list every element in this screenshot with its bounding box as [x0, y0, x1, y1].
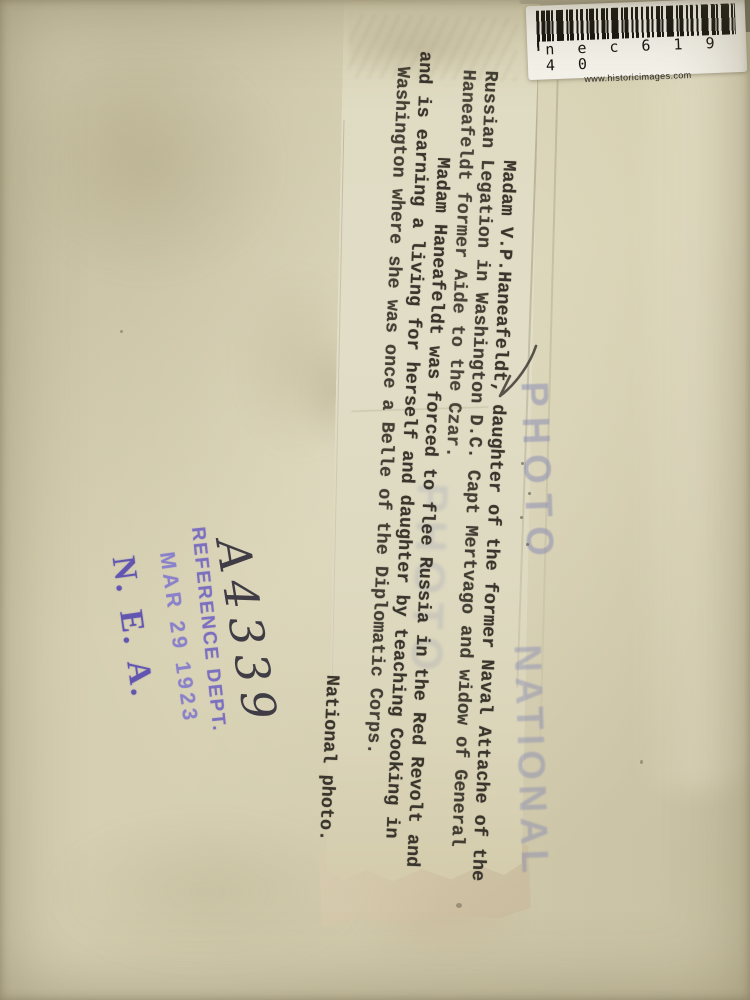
- light-band-right: [636, 50, 750, 790]
- speck: [120, 330, 123, 333]
- photo-back-scan: PHOTO NATIONAL PHOTO Madam V.P.Haneafeld…: [0, 0, 750, 1000]
- ink-dot: [526, 543, 529, 546]
- barcode-code: n e c 6 1 9 4 0: [539, 34, 743, 74]
- ink-dot: [521, 462, 524, 465]
- speck: [456, 903, 462, 908]
- stain-top-left: [14, 44, 284, 284]
- ink-dot: [520, 516, 523, 519]
- speck: [640, 760, 643, 764]
- nea-agency-stamp: N. E. A.: [104, 554, 161, 701]
- pen-tick-mark: [490, 342, 542, 404]
- typed-caption: Madam V.P.Haneafeldt, daughter of the fo…: [312, 40, 524, 879]
- agency-stamp-word-national: NATIONAL: [505, 644, 556, 879]
- ink-dot: [528, 492, 531, 495]
- agency-stamp-word-photo: PHOTO: [512, 381, 561, 567]
- barcode-label: n e c 6 1 9 4 0 www.historicimages.com: [526, 0, 748, 80]
